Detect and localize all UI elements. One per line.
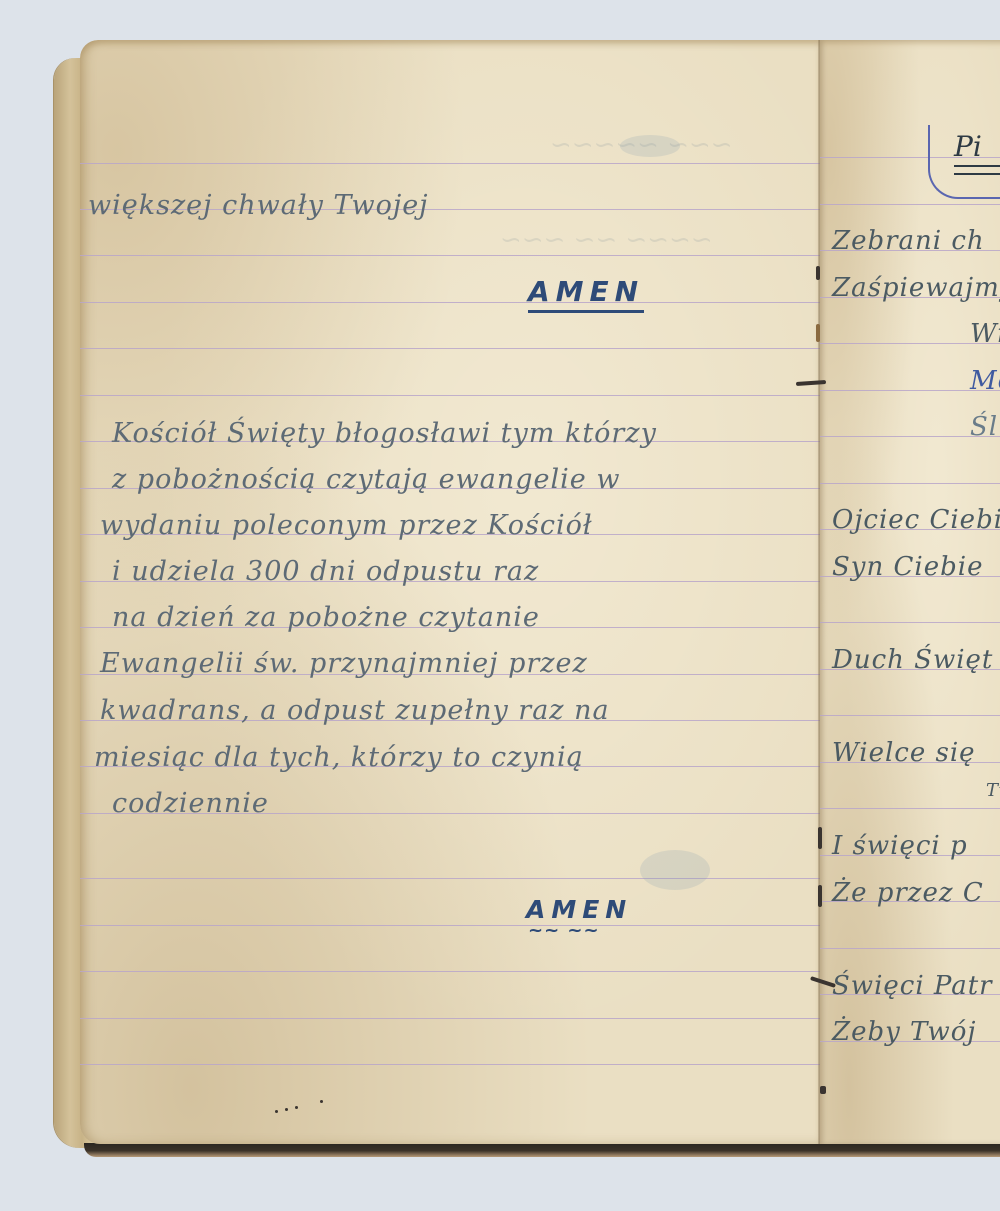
speck — [295, 1106, 298, 1109]
right-page: Pi Zebrani ch Zaśpiewajmy Wi Mo Śl Ojcie… — [820, 40, 1000, 1144]
speck — [285, 1108, 288, 1111]
ruled-line — [80, 255, 820, 256]
ruled-line — [80, 348, 820, 349]
ruled-line — [80, 878, 820, 879]
bleed-through-text: ~~~~ ~~ ~~~ — [500, 225, 713, 255]
ruled-line — [820, 948, 1000, 949]
paragraph-line: z pobożnością czytają ewangelie w — [112, 464, 620, 495]
hymn-line: Ojciec Ciebie — [832, 505, 1000, 535]
paragraph-line: kwadrans, a odpust zupełny raz na — [100, 695, 610, 726]
left-page: ~~~ ~~~~~ ~~~~ ~~ ~~~ większej chwały Tw… — [80, 40, 820, 1144]
ruled-line — [80, 302, 820, 303]
paragraph-line: wydaniu poleconym przez Kościół — [100, 510, 593, 541]
hymn-line: Wi — [970, 319, 1000, 349]
ruled-line — [80, 1018, 820, 1019]
hymn-line: Mo — [970, 366, 1000, 396]
speck — [320, 1100, 323, 1103]
ruled-line — [820, 483, 1000, 484]
paragraph-line: codziennie — [112, 788, 269, 819]
ruled-line — [80, 395, 820, 396]
binding-staple — [818, 827, 822, 849]
heading-underline — [954, 165, 1000, 167]
book-bottom-edge — [84, 1143, 1000, 1157]
open-notebook: ~~~ ~~~~~ ~~~~ ~~ ~~~ większej chwały Tw… — [54, 40, 1000, 1160]
ruled-line — [80, 925, 820, 926]
ruled-line — [820, 715, 1000, 716]
hymn-line: Syn Ciebie — [832, 552, 983, 582]
paragraph-line: Ewangelii św. przynajmniej przez — [100, 648, 588, 679]
hymn-line: Zebrani ch — [832, 226, 985, 256]
hymn-line: Tw — [986, 780, 1000, 801]
speck — [275, 1110, 278, 1113]
binding-staple — [820, 1086, 826, 1094]
binding-staple — [816, 266, 820, 280]
hymn-line: Że przez C — [832, 878, 984, 908]
ruled-line — [80, 163, 820, 164]
ruled-line — [80, 1064, 820, 1065]
paragraph-line: na dzień za pobożne czytanie — [112, 602, 540, 633]
heading-underline — [954, 173, 1000, 175]
ink-stain — [640, 850, 710, 890]
hymn-line: Duch Święt — [832, 645, 993, 675]
hymn-line: Śl — [970, 412, 998, 442]
paragraph-line: Kościół Święty błogosławi tym którzy — [112, 418, 657, 449]
binding-staple — [816, 324, 820, 342]
hymn-line: I święci p — [832, 831, 968, 861]
binding-staple — [818, 885, 822, 907]
text-line-closing: większej chwały Twojej — [88, 190, 429, 221]
amen-heading: AMEN — [528, 275, 644, 313]
ruled-line — [80, 971, 820, 972]
paragraph-line: i udziela 300 dni odpustu raz — [112, 556, 539, 587]
amen-wavy-underline: ~~ ~~ — [528, 920, 600, 941]
ink-stain — [620, 135, 680, 157]
right-page-heading: Pi — [954, 130, 982, 163]
ruled-line — [820, 808, 1000, 809]
paragraph-line: miesiąc dla tych, którzy to czynią — [94, 742, 584, 773]
hymn-line: Święci Patr — [832, 971, 993, 1001]
ruled-line — [820, 204, 1000, 205]
hymn-line: Żeby Twój — [832, 1017, 976, 1047]
hymn-line: Zaśpiewajmy — [832, 273, 1000, 303]
hymn-line: Wielce się — [832, 738, 976, 768]
ruled-line — [820, 622, 1000, 623]
